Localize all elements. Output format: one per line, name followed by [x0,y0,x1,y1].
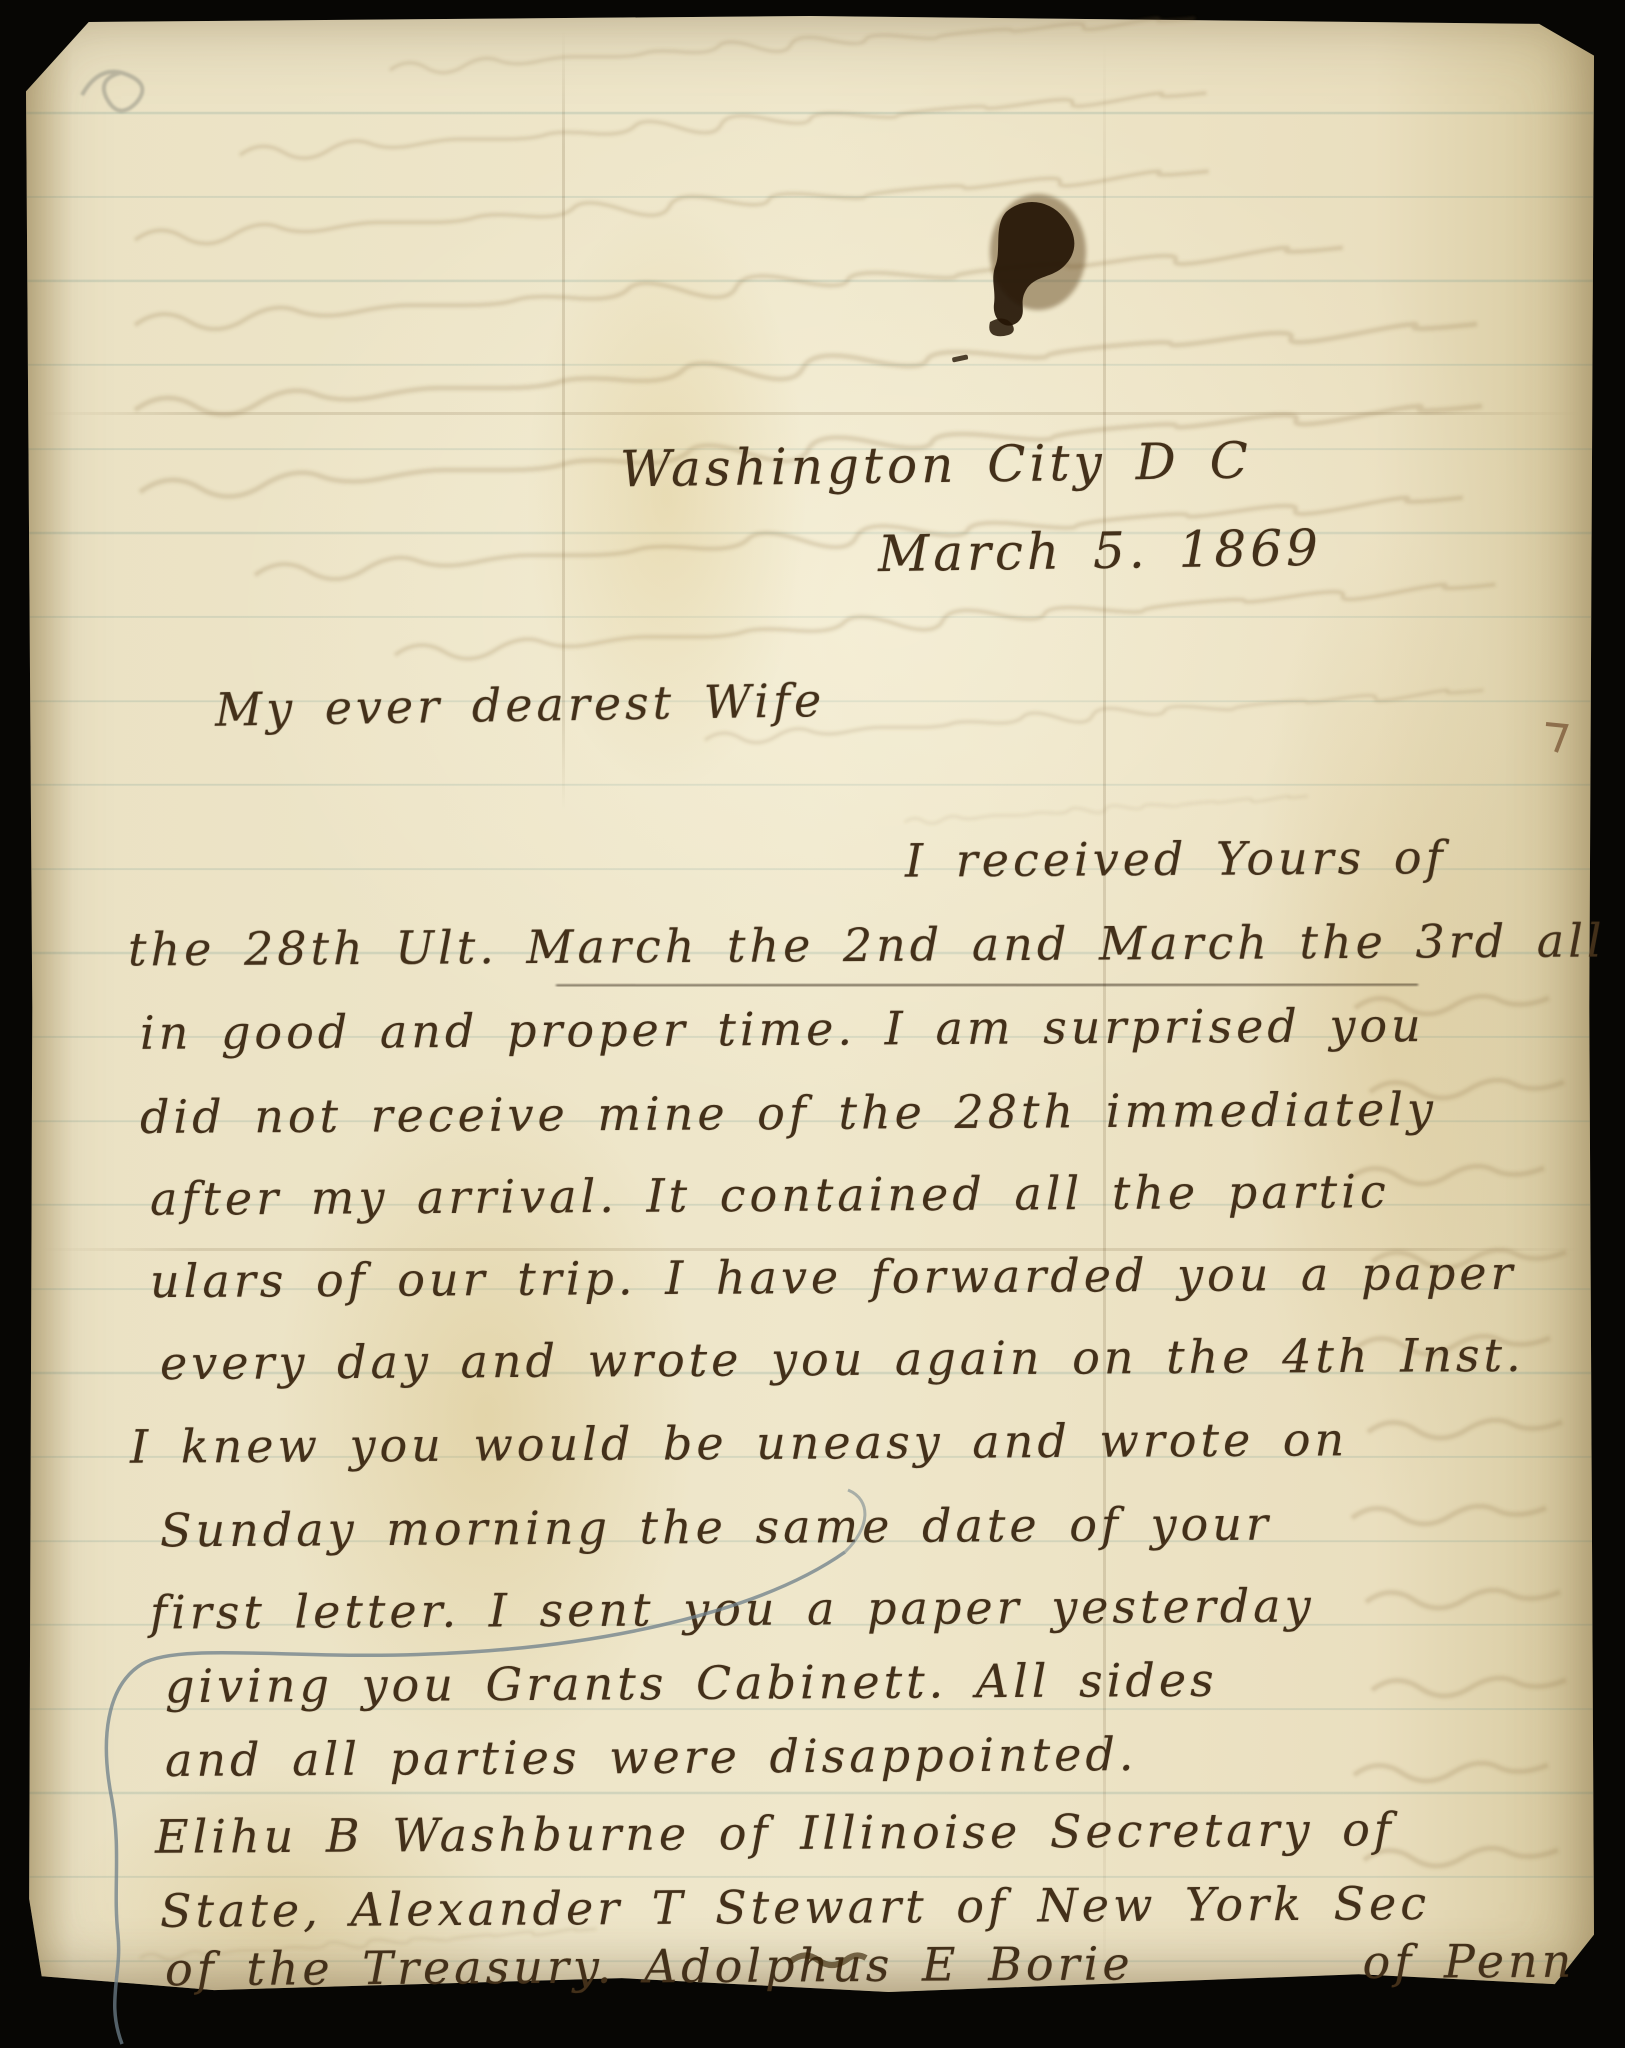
scanned-letter-page: { "document": { "kind": "handwritten-let… [0,0,1625,2048]
body-line: first letter. I sent you a paper yesterd… [150,1578,1315,1639]
salutation: My ever dearest Wife [215,673,826,737]
dateline-date: March 5. 1869 [878,519,1323,583]
body-line: I received Yours of [905,830,1447,887]
body-line: Elihu B Washburne of Illinoise Secretary… [155,1802,1395,1864]
body-line: Sunday morning the same date of your [160,1497,1272,1558]
body-line: the 28th Ult. March the 2nd and March th… [128,913,1606,976]
body-line: State, Alexander T Stewart of New York S… [160,1876,1430,1938]
letter-scan: Washington City D C March 5. 1869 My eve… [0,0,1625,2048]
body-line: and all parties were disappointed. [165,1727,1138,1787]
body-line: after my arrival. It contained all the p… [150,1164,1390,1226]
horizontal-fold-crease-top [40,412,1580,415]
body-line: ulars of our trip. I have forwarded you … [150,1246,1517,1308]
body-line: every day and wrote you again on the 4th… [160,1328,1525,1390]
body-line: giving you Grants Cabinett. All sides [165,1653,1218,1713]
body-line: of the Treasury. Adolphus E Borie of Pen… [165,1934,1576,1997]
body-line: in good and proper time. I am surprised … [140,998,1425,1060]
dateline-place: Washington City D C [620,432,1253,499]
body-line: I knew you would be uneasy and wrote on [130,1412,1348,1473]
body-line: did not receive mine of the 28th immedia… [140,1082,1437,1144]
